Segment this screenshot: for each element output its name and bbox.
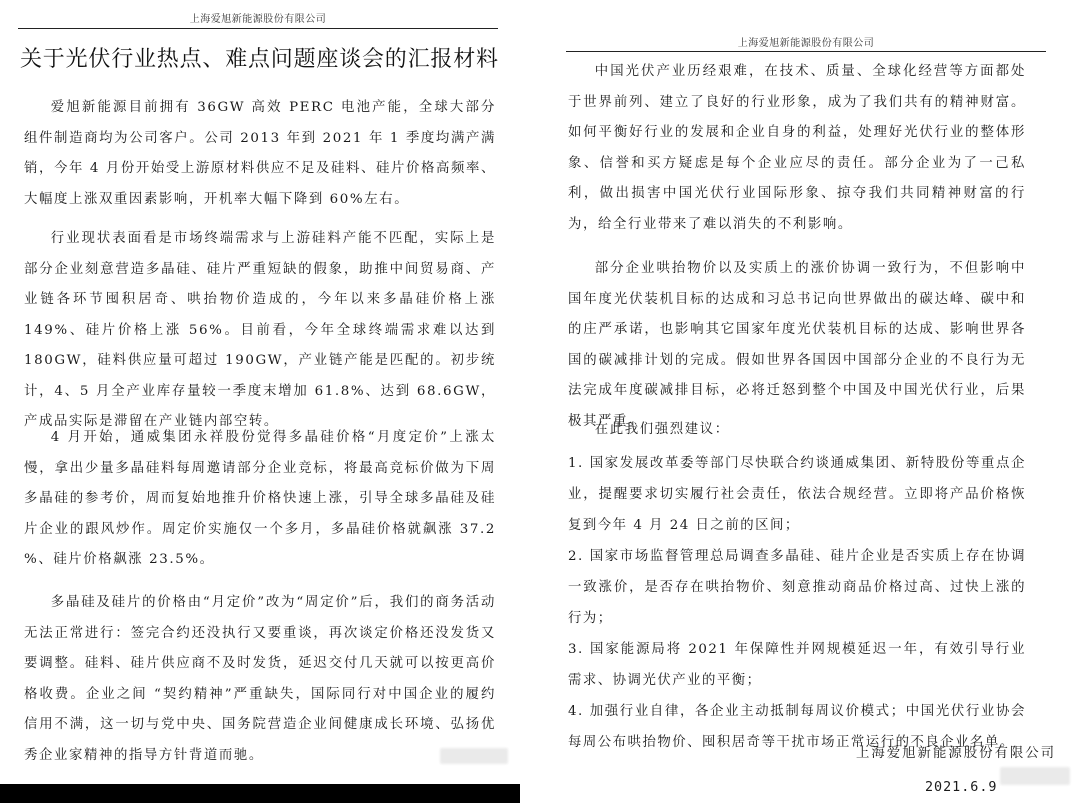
paragraph: 4 月开始，通威集团永祥股份觉得多晶硅价格“月度定价”上涨太慢，拿出少量多晶硅料… [24, 423, 496, 576]
paragraph: 部分企业哄抬物价以及实质上的涨价协调一致行为，不但影响中国年度光伏装机目标的达成… [568, 254, 1026, 437]
page-header: 上海爱旭新能源股份有限公司 [566, 34, 1046, 54]
page-header: 上海爱旭新能源股份有限公司 [18, 10, 498, 30]
document-page-left: 上海爱旭新能源股份有限公司 关于光伏行业热点、难点问题座谈会的汇报材料 爱旭新能… [0, 0, 520, 784]
paragraph: 在此我们强烈建议： [568, 415, 1026, 446]
signature-company: 上海爱旭新能源股份有限公司 [856, 742, 1056, 761]
recommendation-list: 1. 国家发展改革委等部门尽快联合约谈通威集团、新特股份等重点企业，提醒要求切实… [568, 448, 1026, 758]
signature-date: 2021.6.9 [925, 780, 998, 795]
header-rule [566, 51, 1046, 52]
paragraph: 中国光伏产业历经艰难，在技术、质量、全球化经营等方面都处于世界前列、建立了良好的… [568, 57, 1026, 240]
recommendation-item: 2. 国家市场监督管理总局调查多晶硅、硅片企业是否实质上存在协调一致涨价，是否存… [568, 541, 1026, 634]
recommendation-item: 1. 国家发展改革委等部门尽快联合约谈通威集团、新特股份等重点企业，提醒要求切实… [568, 448, 1026, 541]
paragraph: 多晶硅及硅片的价格由“月定价”改为“周定价”后，我们的商务活动无法正常进行：签完… [24, 588, 496, 771]
blurred-watermark [1000, 767, 1070, 785]
recommendation-item: 3. 国家能源局将 2021 年保障性并网规模延迟一年，有效引导行业需求、协调光… [568, 634, 1026, 696]
document-page-right: 上海爱旭新能源股份有限公司 中国光伏产业历经艰难，在技术、质量、全球化经营等方面… [540, 0, 1080, 803]
blurred-watermark [440, 748, 508, 764]
paragraph: 行业现状表面看是市场终端需求与上游硅料产能不匹配，实际上是部分企业刻意营造多晶硅… [24, 224, 496, 438]
paragraph: 爱旭新能源目前拥有 36GW 高效 PERC 电池产能，全球大部分组件制造商均为… [24, 93, 496, 215]
black-bar [0, 784, 520, 803]
header-company-name: 上海爱旭新能源股份有限公司 [18, 10, 498, 25]
header-rule [18, 28, 498, 29]
document-title: 关于光伏行业热点、难点问题座谈会的汇报材料 [20, 42, 500, 73]
header-company-name: 上海爱旭新能源股份有限公司 [566, 34, 1046, 49]
